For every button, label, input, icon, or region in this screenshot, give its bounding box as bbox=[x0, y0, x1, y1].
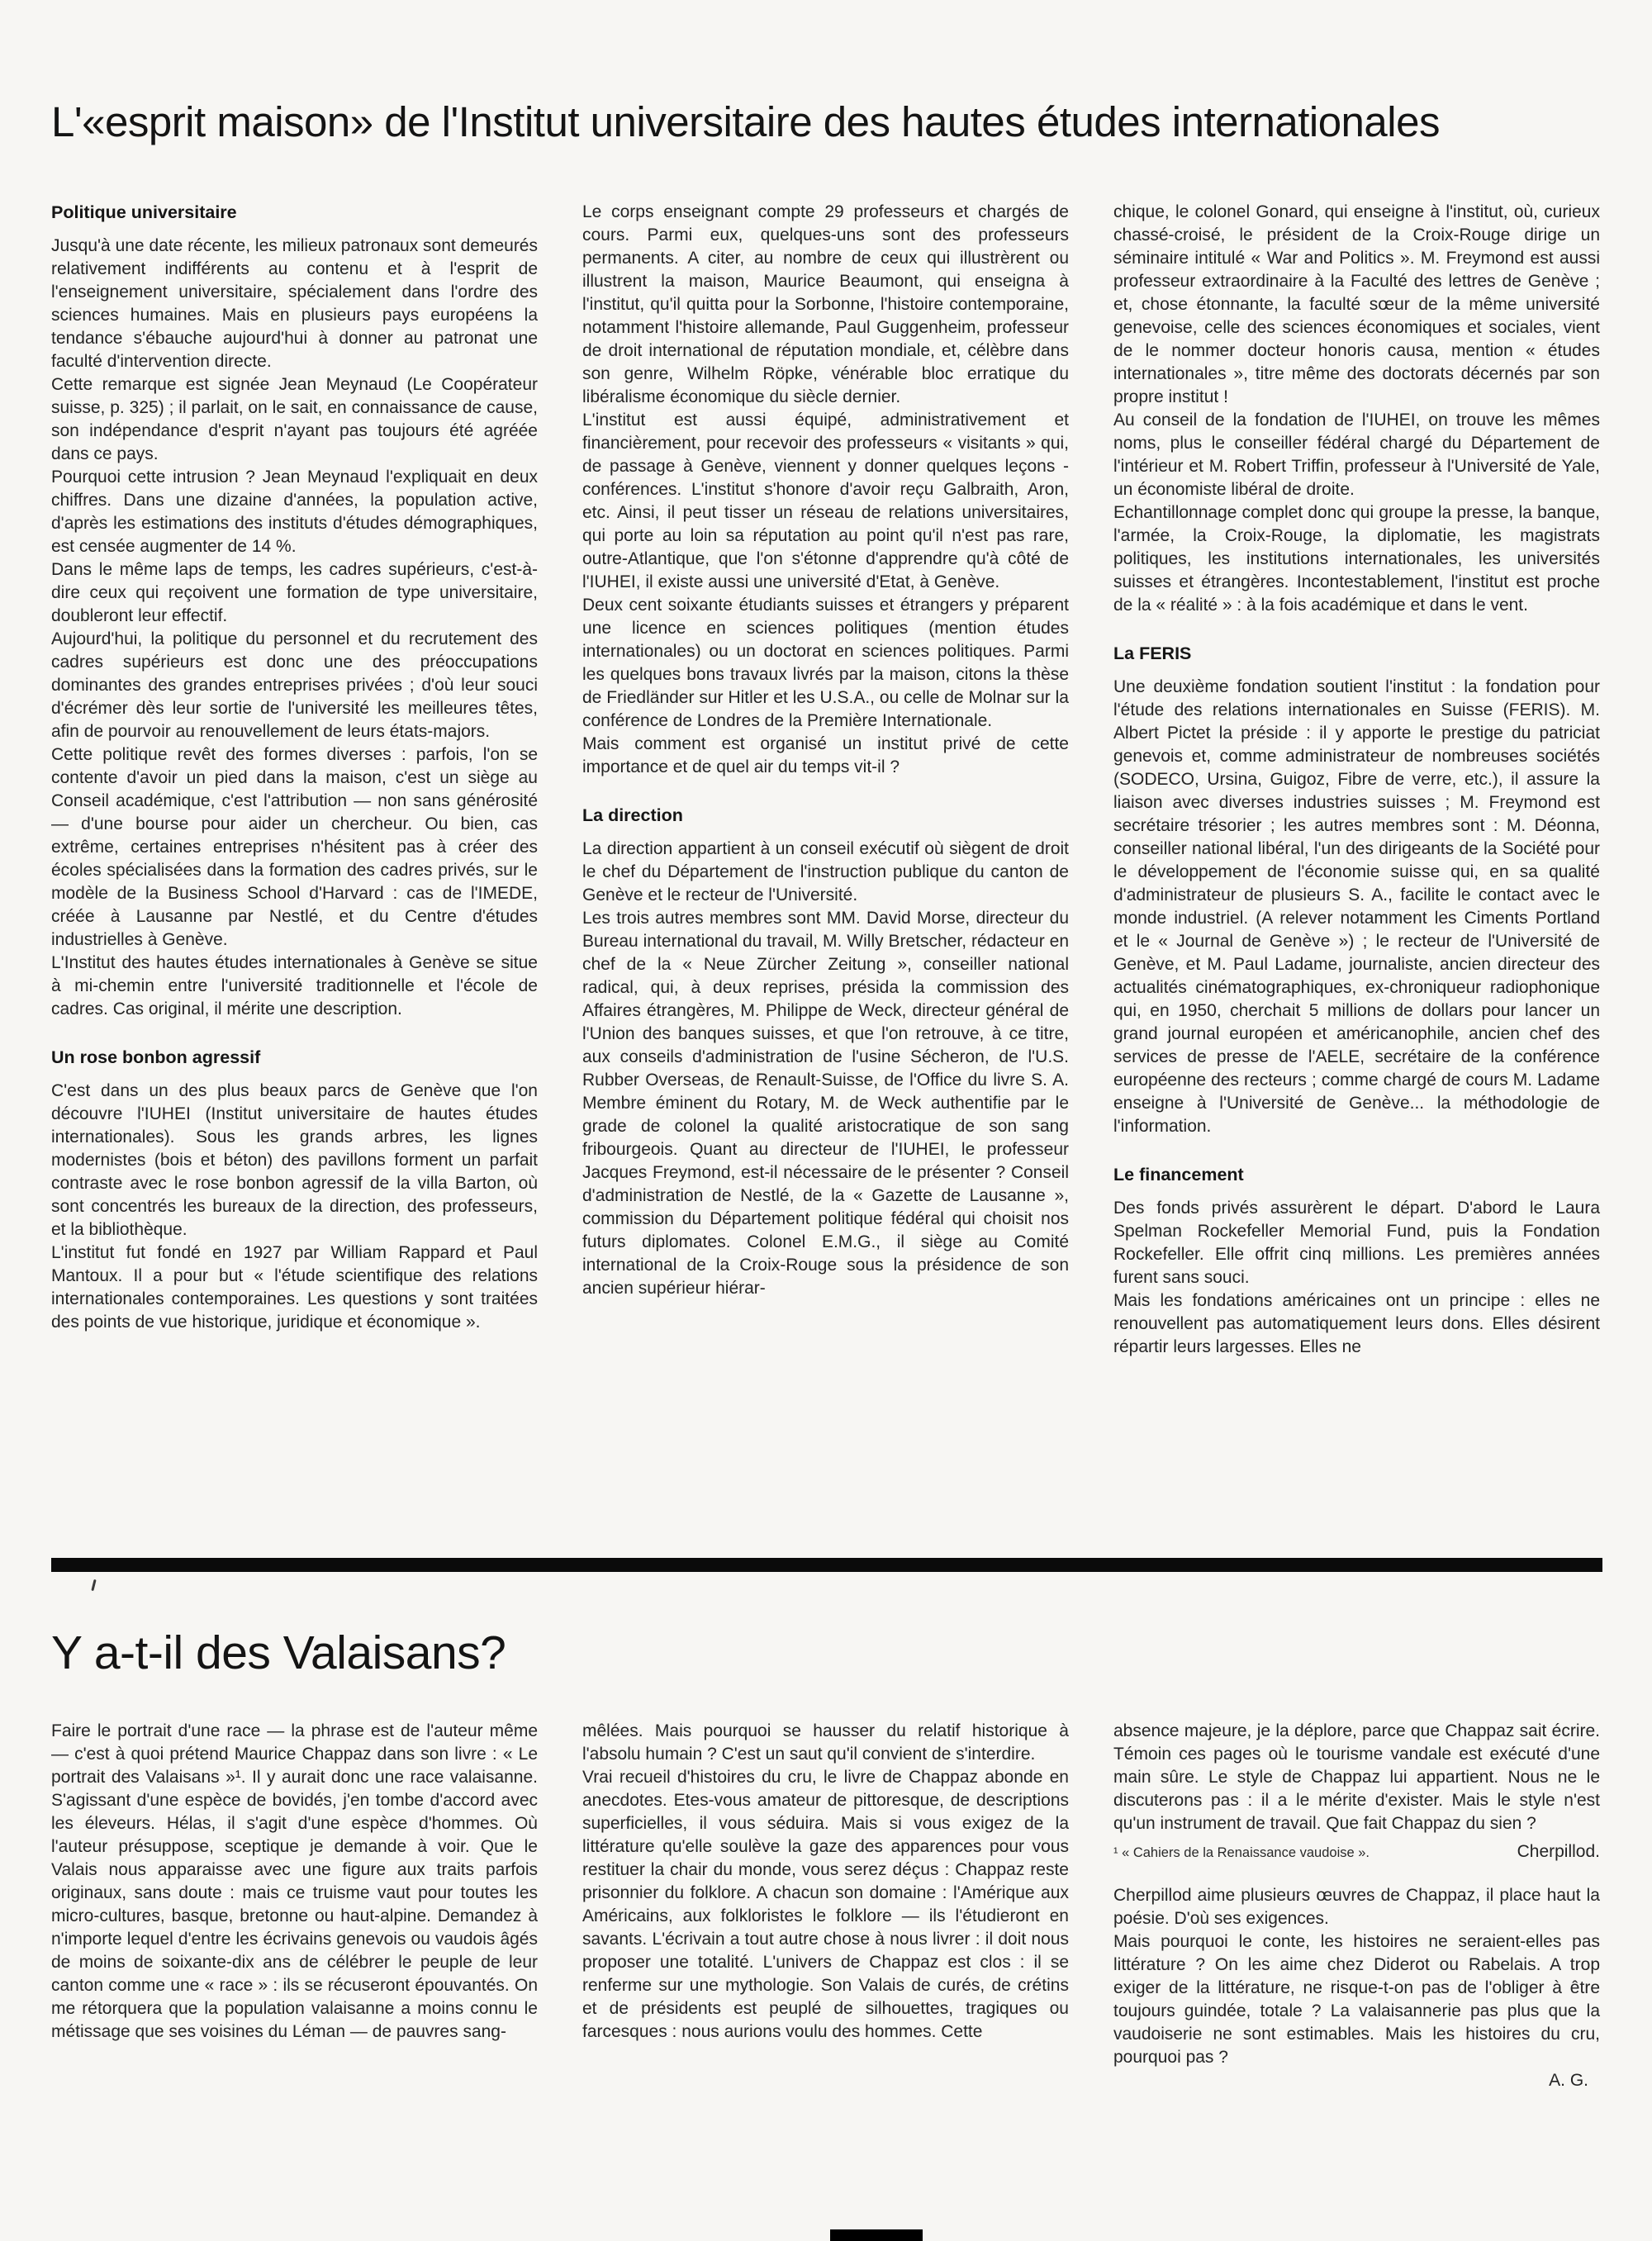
paragraph: Des fonds privés assurèrent le départ. D… bbox=[1113, 1197, 1600, 1289]
paragraph: Deux cent soixante étudiants suisses et … bbox=[582, 594, 1069, 733]
article2-column-3: absence majeure, je la déplore, parce qu… bbox=[1113, 1720, 1600, 2092]
paragraph: absence majeure, je la déplore, parce qu… bbox=[1113, 1720, 1600, 1835]
section-heading-la-direction: La direction bbox=[582, 804, 1069, 827]
section-heading-le-financement: Le financement bbox=[1113, 1163, 1600, 1186]
footnote: ¹ « Cahiers de la Renaissance vaudoise »… bbox=[1113, 1843, 1370, 1863]
paragraph: Faire le portrait d'une race — la phrase… bbox=[51, 1720, 538, 2044]
article2-columns: Faire le portrait d'une race — la phrase… bbox=[51, 1720, 1601, 2092]
paragraph: Aujourd'hui, la politique du personnel e… bbox=[51, 628, 538, 743]
article1-column-3: chique, le colonel Gonard, qui enseigne … bbox=[1113, 201, 1600, 1359]
byline-cherpillod: Cherpillod. bbox=[1517, 1842, 1600, 1862]
paragraph: Vrai recueil d'histoires du cru, le livr… bbox=[582, 1766, 1069, 2044]
article2-column-2: mêlées. Mais pourquoi se hausser du rela… bbox=[582, 1720, 1069, 2092]
newspaper-page: L'«esprit maison» de l'Institut universi… bbox=[0, 0, 1652, 2241]
paragraph: Une deuxième fondation soutient l'instit… bbox=[1113, 676, 1600, 1138]
paragraph: chique, le colonel Gonard, qui enseigne … bbox=[1113, 201, 1600, 409]
paragraph: Le corps enseignant compte 29 professeur… bbox=[582, 201, 1069, 409]
paragraph: Au conseil de la fondation de l'IUHEI, o… bbox=[1113, 409, 1600, 501]
paragraph: Mais les fondations américaines ont un p… bbox=[1113, 1289, 1600, 1359]
paragraph: Mais pourquoi le conte, les histoires ne… bbox=[1113, 1930, 1600, 2069]
paragraph: L'Institut des hautes études internation… bbox=[51, 952, 538, 1021]
paragraph: Mais comment est organisé un institut pr… bbox=[582, 733, 1069, 779]
paragraph: L'institut fut fondé en 1927 par William… bbox=[51, 1242, 538, 1334]
paragraph: Pourquoi cette intrusion ? Jean Meynaud … bbox=[51, 466, 538, 558]
article1-column-2: Le corps enseignant compte 29 professeur… bbox=[582, 201, 1069, 1359]
signature: A. G. bbox=[1113, 2069, 1600, 2092]
section-heading-politique-universitaire: Politique universitaire bbox=[51, 201, 538, 224]
paragraph: Les trois autres membres sont MM. David … bbox=[582, 907, 1069, 1300]
paragraph: Jusqu'à une date récente, les milieux pa… bbox=[51, 235, 538, 373]
section-heading-un-rose-bonbon-agressif: Un rose bonbon agressif bbox=[51, 1046, 538, 1069]
paragraph: C'est dans un des plus beaux parcs de Ge… bbox=[51, 1080, 538, 1242]
paragraph: Cherpillod aime plusieurs œuvres de Chap… bbox=[1113, 1884, 1600, 1930]
scan-artifact-mark bbox=[830, 2229, 923, 2241]
paragraph: Dans le même laps de temps, les cadres s… bbox=[51, 558, 538, 628]
divider-rule bbox=[51, 1558, 1602, 1572]
article1-column-1: Politique universitaire Jusqu'à une date… bbox=[51, 201, 538, 1359]
section-heading-la-feris: La FERIS bbox=[1113, 642, 1600, 665]
article1-headline: L'«esprit maison» de l'Institut universi… bbox=[51, 97, 1609, 146]
paragraph: Cette remarque est signée Jean Meynaud (… bbox=[51, 373, 538, 466]
footnote-row: ¹ « Cahiers de la Renaissance vaudoise »… bbox=[1113, 1842, 1600, 1863]
paragraph: Cette politique revêt des formes diverse… bbox=[51, 743, 538, 952]
article1-columns: Politique universitaire Jusqu'à une date… bbox=[51, 201, 1601, 1359]
scan-speck bbox=[91, 1579, 96, 1591]
article2-headline: Y a-t-il des Valaisans? bbox=[51, 1626, 506, 1680]
paragraph: mêlées. Mais pourquoi se hausser du rela… bbox=[582, 1720, 1069, 1766]
paragraph: Echantillonnage complet donc qui groupe … bbox=[1113, 501, 1600, 617]
article2-column-1: Faire le portrait d'une race — la phrase… bbox=[51, 1720, 538, 2092]
paragraph: La direction appartient à un conseil exé… bbox=[582, 838, 1069, 907]
paragraph: L'institut est aussi équipé, administrat… bbox=[582, 409, 1069, 594]
